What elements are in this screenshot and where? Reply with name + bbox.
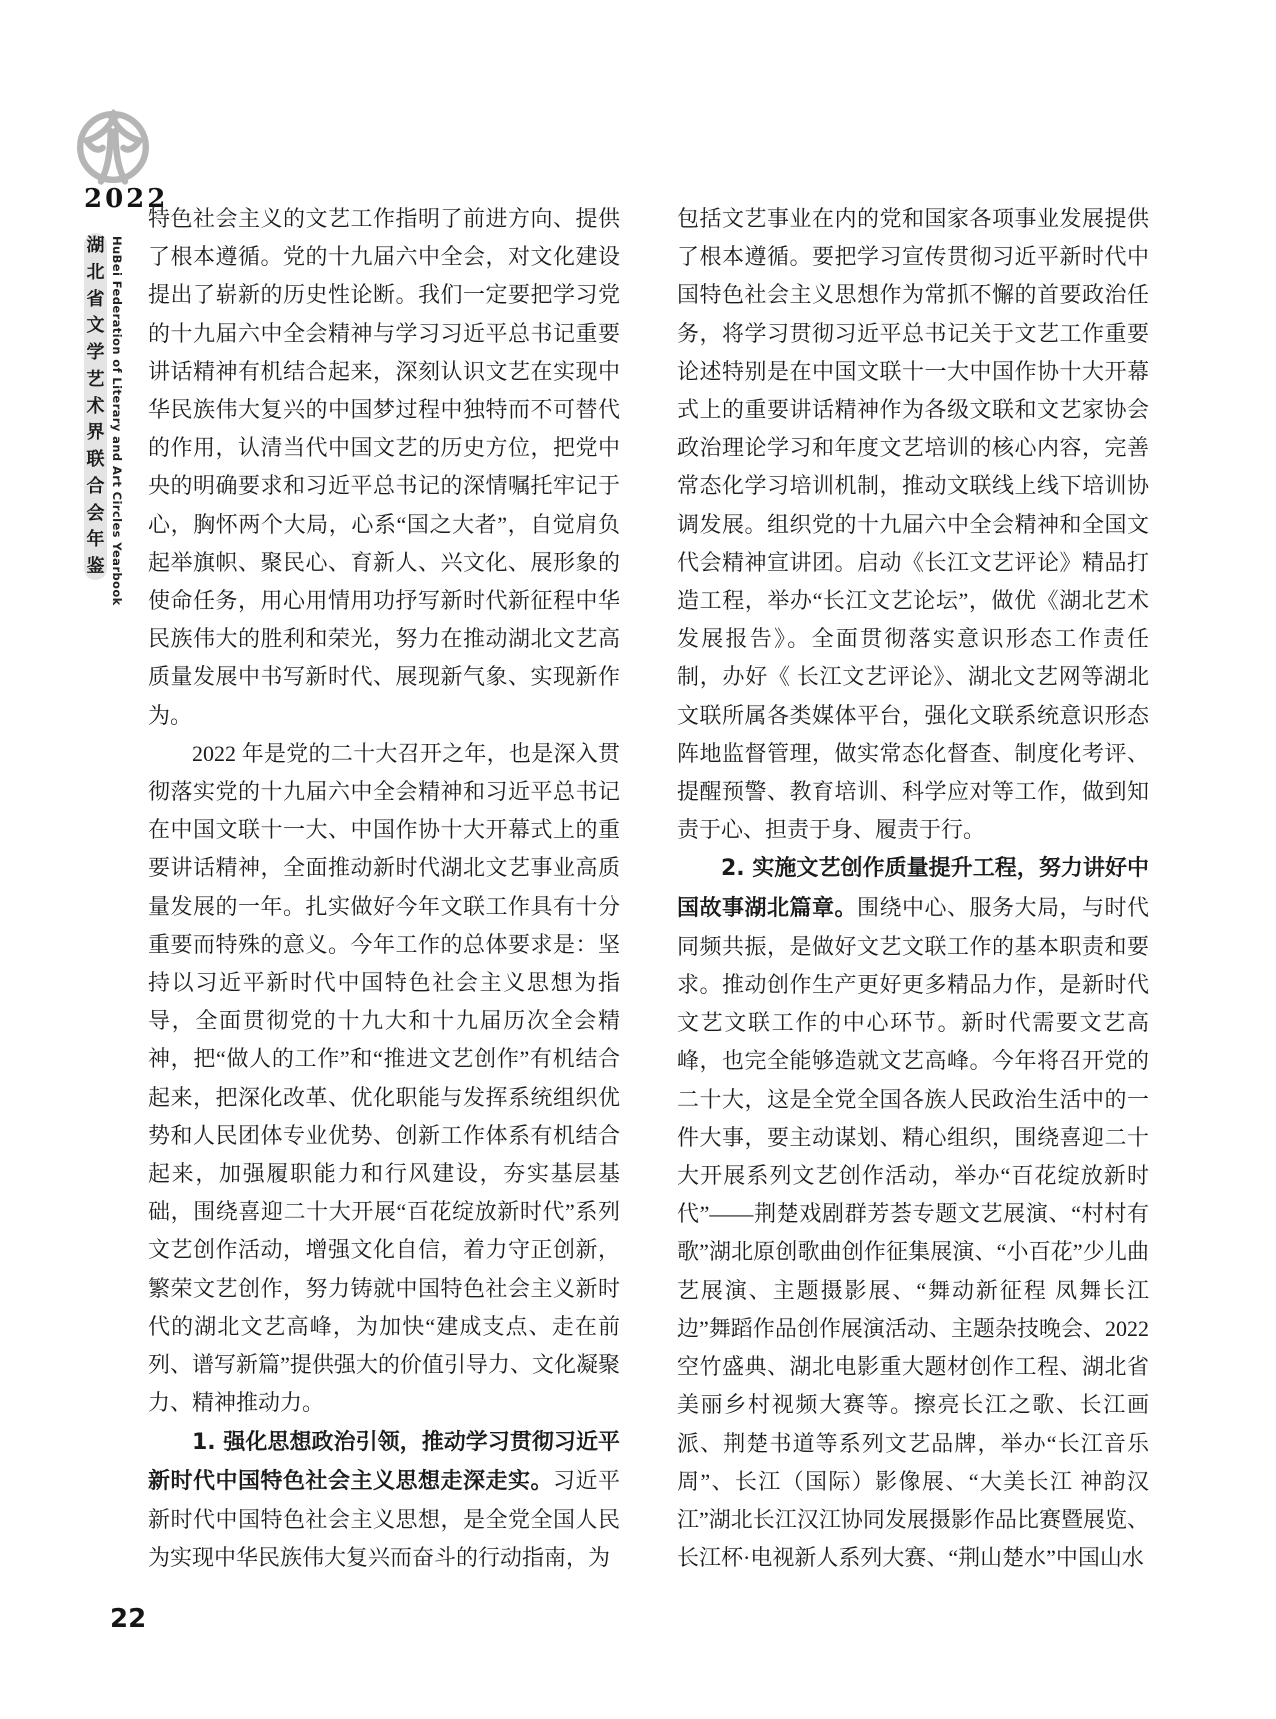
sidebar-title-chinese: 湖北省文学艺术界联合会年鉴 xyxy=(84,233,107,580)
sidebar-title-char: 省 xyxy=(87,291,105,309)
paragraph: 特色社会主义的文艺工作指明了前进方向、提供了根本遵循。党的十九届六中全会，对文化… xyxy=(148,200,620,735)
page-number: 22 xyxy=(110,1604,146,1634)
yearbook-page: 2022 湖北省文学艺术界联合会年鉴 HuBei Federation of L… xyxy=(0,0,1276,1719)
heading-run: 1. 强化思想政治引领，推动学习贯彻习近平新时代中国特色社会主义思想走深走实。 xyxy=(148,1430,620,1494)
body-run: 2022 年是党的二十大召开之年，也是深入贯彻落实党的十九届六中全会精神和习近平… xyxy=(148,741,620,1415)
sidebar-title-english: HuBei Federation of Literary and Art Cir… xyxy=(110,236,124,578)
body-run: 围绕中心、服务大局，与时代同频共振，是做好文艺文联工作的基本职责和要求。推动创作… xyxy=(677,895,1149,1570)
paragraph: 包括文艺事业在内的党和国家各项事业发展提供了根本遵循。要把学习宣传贯彻习近平新时… xyxy=(677,200,1149,849)
text-column-left: 特色社会主义的文艺工作指明了前进方向、提供了根本遵循。党的十九届六中全会，对文化… xyxy=(148,200,620,1577)
sidebar-title-char: 北 xyxy=(87,264,105,282)
paragraph: 2. 实施文艺创作质量提升工程，努力讲好中国故事湖北篇章。围绕中心、服务大局，与… xyxy=(677,849,1149,1577)
sidebar-title-char: 文 xyxy=(87,317,105,335)
text-column-right: 包括文艺事业在内的党和国家各项事业发展提供了根本遵循。要把学习宣传贯彻习近平新时… xyxy=(677,200,1149,1577)
paragraph: 1. 强化思想政治引领，推动学习贯彻习近平新时代中国特色社会主义思想走深走实。习… xyxy=(148,1423,620,1578)
paragraph: 2022 年是党的二十大召开之年，也是深入贯彻落实党的十九届六中全会精神和习近平… xyxy=(148,735,620,1423)
sidebar-title-char: 联 xyxy=(87,451,105,469)
sidebar-title-char: 术 xyxy=(87,398,105,416)
sidebar-title-char: 学 xyxy=(87,344,105,362)
sidebar-title-char: 会 xyxy=(87,505,105,523)
body-run: 特色社会主义的文艺工作指明了前进方向、提供了根本遵循。党的十九届六中全会，对文化… xyxy=(148,206,620,728)
sidebar-title-char: 界 xyxy=(87,424,105,442)
body-run: 包括文艺事业在内的党和国家各项事业发展提供了根本遵循。要把学习宣传贯彻习近平新时… xyxy=(677,206,1149,842)
sidebar-title-char: 鉴 xyxy=(87,558,105,576)
sidebar-title-char: 湖 xyxy=(87,237,105,255)
federation-emblem-icon xyxy=(73,106,153,188)
sidebar-title-char: 合 xyxy=(87,478,105,496)
sidebar-title-char: 艺 xyxy=(87,371,105,389)
sidebar-title-char: 年 xyxy=(87,531,105,549)
